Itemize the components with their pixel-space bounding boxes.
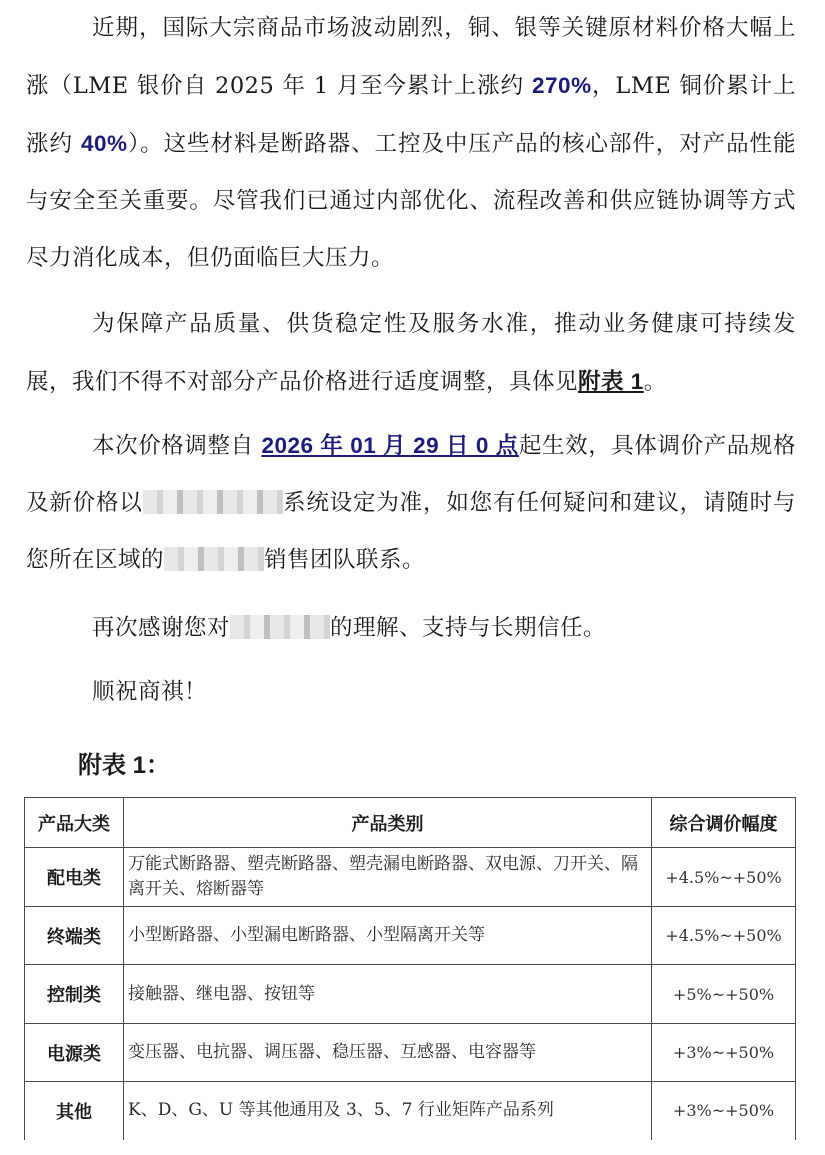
redacted-system-name <box>143 490 283 514</box>
header-major-category: 产品大类 <box>25 798 124 848</box>
row-range: +3%~+50% <box>652 1082 796 1140</box>
row-category: 配电类 <box>25 848 124 907</box>
table-header-row: 产品大类 产品类别 综合调价幅度 <box>25 798 796 848</box>
row-range: +4.5%~+50% <box>652 907 796 965</box>
row-category: 其他 <box>25 1082 124 1140</box>
row-range: +4.5%~+50% <box>652 848 796 907</box>
text: 的理解、支持与长期信任。 <box>330 615 606 641</box>
text: 本次价格调整自 <box>92 433 261 459</box>
paragraph-adjustment-reason: 为保障产品质量、供货稳定性及服务水准，推动业务健康可持续发展，我们不得不对部分产… <box>26 296 796 411</box>
effective-date: 2026 年 01 月 29 日 0 点 <box>261 433 518 458</box>
table-row: 其他 K、D、G、U 等其他通用及 3、5、7 行业矩阵产品系列 +3%~+50… <box>25 1082 796 1140</box>
table-row: 控制类 接触器、继电器、按钮等 +5%~+50% <box>25 965 796 1024</box>
appendix-link[interactable]: 附表 1 <box>578 369 644 394</box>
text: 为保障产品质量、供货稳定性及服务水准，推动业务健康可持续发展，我们不得不对部分产… <box>26 311 796 395</box>
text: ）。这些材料是断路器、工控及中压产品的核心部件，对产品性能与安全至关重要。尽管我… <box>26 131 796 271</box>
closing-greeting: 顺祝商祺！ <box>26 664 796 721</box>
silver-increase-value: 270% <box>532 73 592 98</box>
row-category: 电源类 <box>25 1024 124 1082</box>
redacted-company-name <box>230 615 330 639</box>
row-items: 万能式断路器、塑壳断路器、塑壳漏电断路器、双电源、刀开关、隔离开关、熔断器等 <box>124 848 652 907</box>
appendix-title: 附表 1： <box>78 745 170 780</box>
table-row: 终端类 小型断路器、小型漏电断路器、小型隔离开关等 +4.5%~+50% <box>25 907 796 965</box>
row-items: 小型断路器、小型漏电断路器、小型隔离开关等 <box>124 907 652 965</box>
text: 销售团队联系。 <box>264 547 425 573</box>
header-product-category: 产品类别 <box>124 798 652 848</box>
table-row: 电源类 变压器、电抗器、调压器、稳压器、互感器、电容器等 +3%~+50% <box>25 1024 796 1082</box>
text: 再次感谢您对 <box>92 615 230 641</box>
header-adjustment-range: 综合调价幅度 <box>652 798 796 848</box>
redacted-company-name <box>164 547 264 571</box>
text: 。 <box>644 369 667 395</box>
row-range: +5%~+50% <box>652 965 796 1024</box>
copper-increase-value: 40% <box>81 131 128 156</box>
price-adjustment-table: 产品大类 产品类别 综合调价幅度 配电类 万能式断路器、塑壳断路器、塑壳漏电断路… <box>24 797 796 1140</box>
row-category: 终端类 <box>25 907 124 965</box>
row-range: +3%~+50% <box>652 1024 796 1082</box>
row-items: 接触器、继电器、按钮等 <box>124 965 652 1024</box>
row-items: K、D、G、U 等其他通用及 3、5、7 行业矩阵产品系列 <box>124 1082 652 1140</box>
row-category: 控制类 <box>25 965 124 1024</box>
paragraph-cost-pressure: 近期，国际大宗商品市场波动剧烈，铜、银等关键原材料价格大幅上涨（LME 银价自 … <box>26 0 796 287</box>
paragraph-effective-date: 本次价格调整自 2026 年 01 月 29 日 0 点起生效，具体调价产品规格… <box>26 417 796 589</box>
paragraph-thanks: 再次感谢您对的理解、支持与长期信任。 <box>26 600 796 657</box>
row-items: 变压器、电抗器、调压器、稳压器、互感器、电容器等 <box>124 1024 652 1082</box>
table-row: 配电类 万能式断路器、塑壳断路器、塑壳漏电断路器、双电源、刀开关、隔离开关、熔断… <box>25 848 796 907</box>
